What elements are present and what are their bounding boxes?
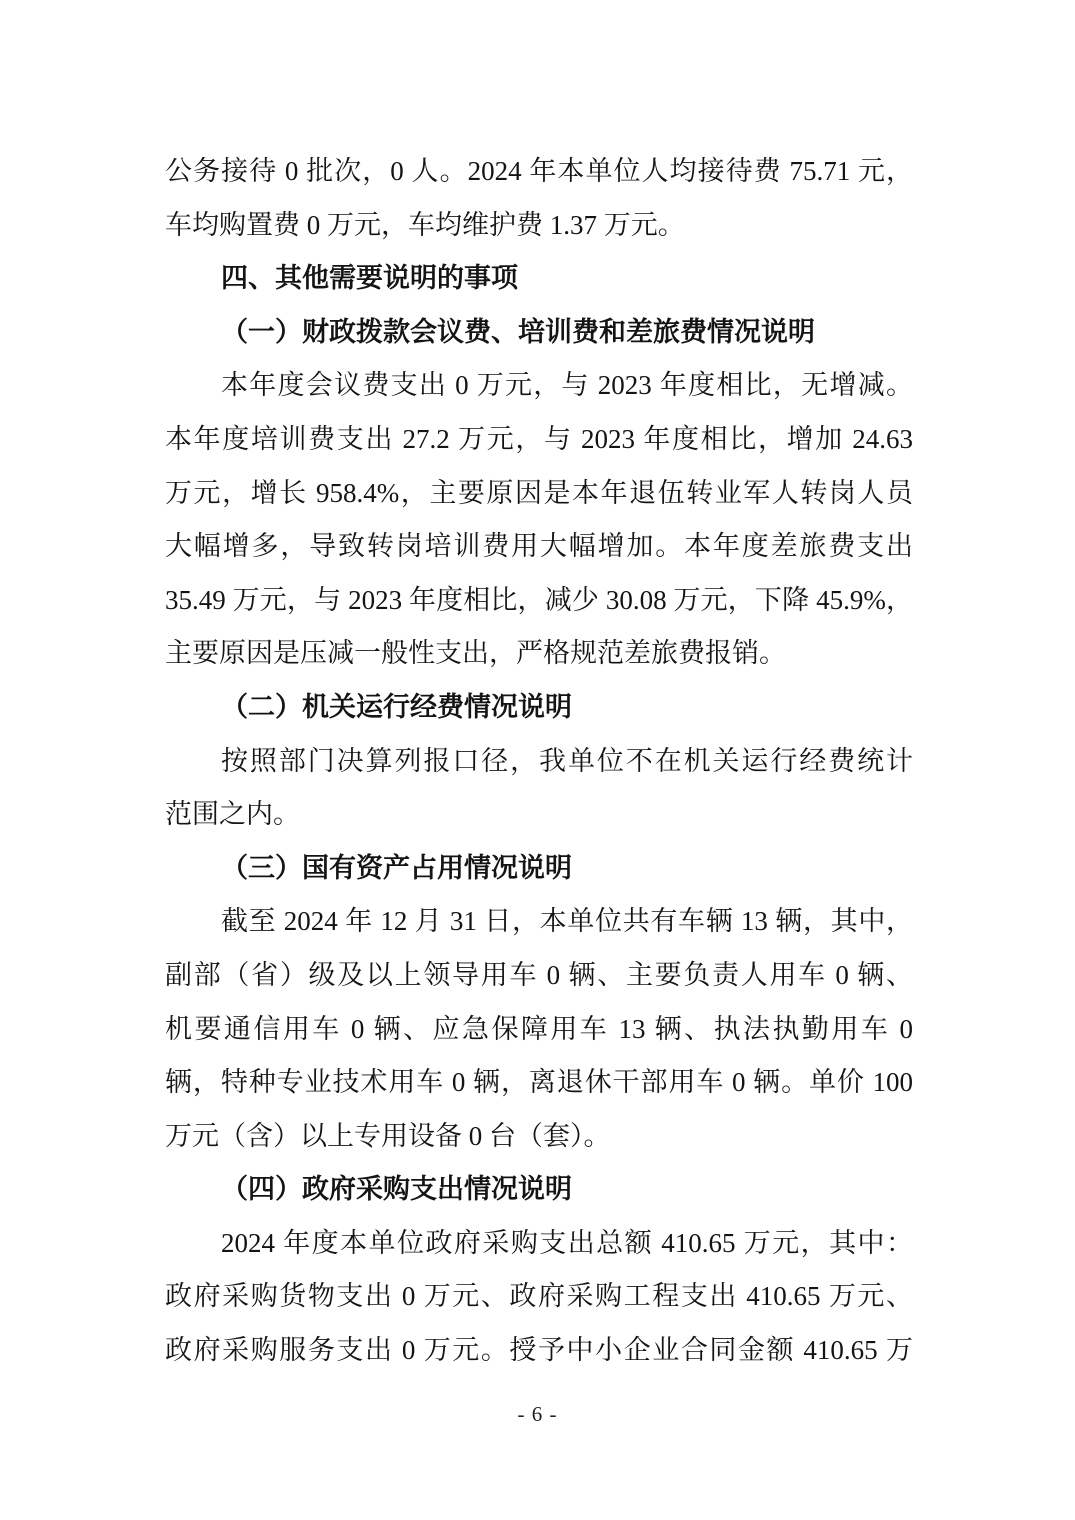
heading-subsection-two: （二）机关运行经费情况说明 bbox=[165, 681, 913, 735]
body-text-line: 2024 年度本单位政府采购支出总额 410.65 万元，其中： bbox=[165, 1217, 913, 1271]
body-text-line: 截至 2024 年 12 月 31 日，本单位共有车辆 13 辆，其中， bbox=[165, 895, 913, 949]
body-text-line: 大幅增多，导致转岗培训费用大幅增加。本年度差旅费支出 bbox=[165, 520, 913, 574]
body-text-line: 万元，增长 958.4%，主要原因是本年退伍转业军人转岗人员 bbox=[165, 467, 913, 521]
body-text-line: 辆，特种专业技术用车 0 辆，离退休干部用车 0 辆。单价 100 bbox=[165, 1056, 913, 1110]
body-text-line: 主要原因是压减一般性支出，严格规范差旅费报销。 bbox=[165, 627, 913, 681]
body-text-line: 35.49 万元，与 2023 年度相比，减少 30.08 万元，下降 45.9… bbox=[165, 574, 913, 628]
page-number: - 6 - bbox=[0, 1402, 1075, 1427]
body-text-line: 范围之内。 bbox=[165, 788, 913, 842]
body-text-line: 机要通信用车 0 辆、应急保障用车 13 辆、执法执勤用车 0 bbox=[165, 1003, 913, 1057]
heading-section-four: 四、其他需要说明的事项 bbox=[165, 252, 913, 306]
body-text-line: 本年度会议费支出 0 万元，与 2023 年度相比，无增减。 bbox=[165, 359, 913, 413]
body-text-line: 政府采购货物支出 0 万元、政府采购工程支出 410.65 万元、 bbox=[165, 1270, 913, 1324]
body-text-line: 车均购置费 0 万元，车均维护费 1.37 万元。 bbox=[165, 199, 913, 253]
heading-subsection-four: （四）政府采购支出情况说明 bbox=[165, 1163, 913, 1217]
heading-subsection-three: （三）国有资产占用情况说明 bbox=[165, 842, 913, 896]
heading-subsection-one: （一）财政拨款会议费、培训费和差旅费情况说明 bbox=[165, 306, 913, 360]
document-body: 公务接待 0 批次，0 人。2024 年本单位人均接待费 75.71 元， 车均… bbox=[165, 0, 913, 1378]
body-text-line: 副部（省）级及以上领导用车 0 辆、主要负责人用车 0 辆、 bbox=[165, 949, 913, 1003]
document-page: 公务接待 0 批次，0 人。2024 年本单位人均接待费 75.71 元， 车均… bbox=[0, 0, 1075, 1520]
body-text-line: 按照部门决算列报口径，我单位不在机关运行经费统计 bbox=[165, 735, 913, 789]
body-text-line: 万元（含）以上专用设备 0 台（套）。 bbox=[165, 1110, 913, 1164]
body-text-line: 政府采购服务支出 0 万元。授予中小企业合同金额 410.65 万 bbox=[165, 1324, 913, 1378]
body-text-line: 公务接待 0 批次，0 人。2024 年本单位人均接待费 75.71 元， bbox=[165, 145, 913, 199]
body-text-line: 本年度培训费支出 27.2 万元，与 2023 年度相比，增加 24.63 bbox=[165, 413, 913, 467]
